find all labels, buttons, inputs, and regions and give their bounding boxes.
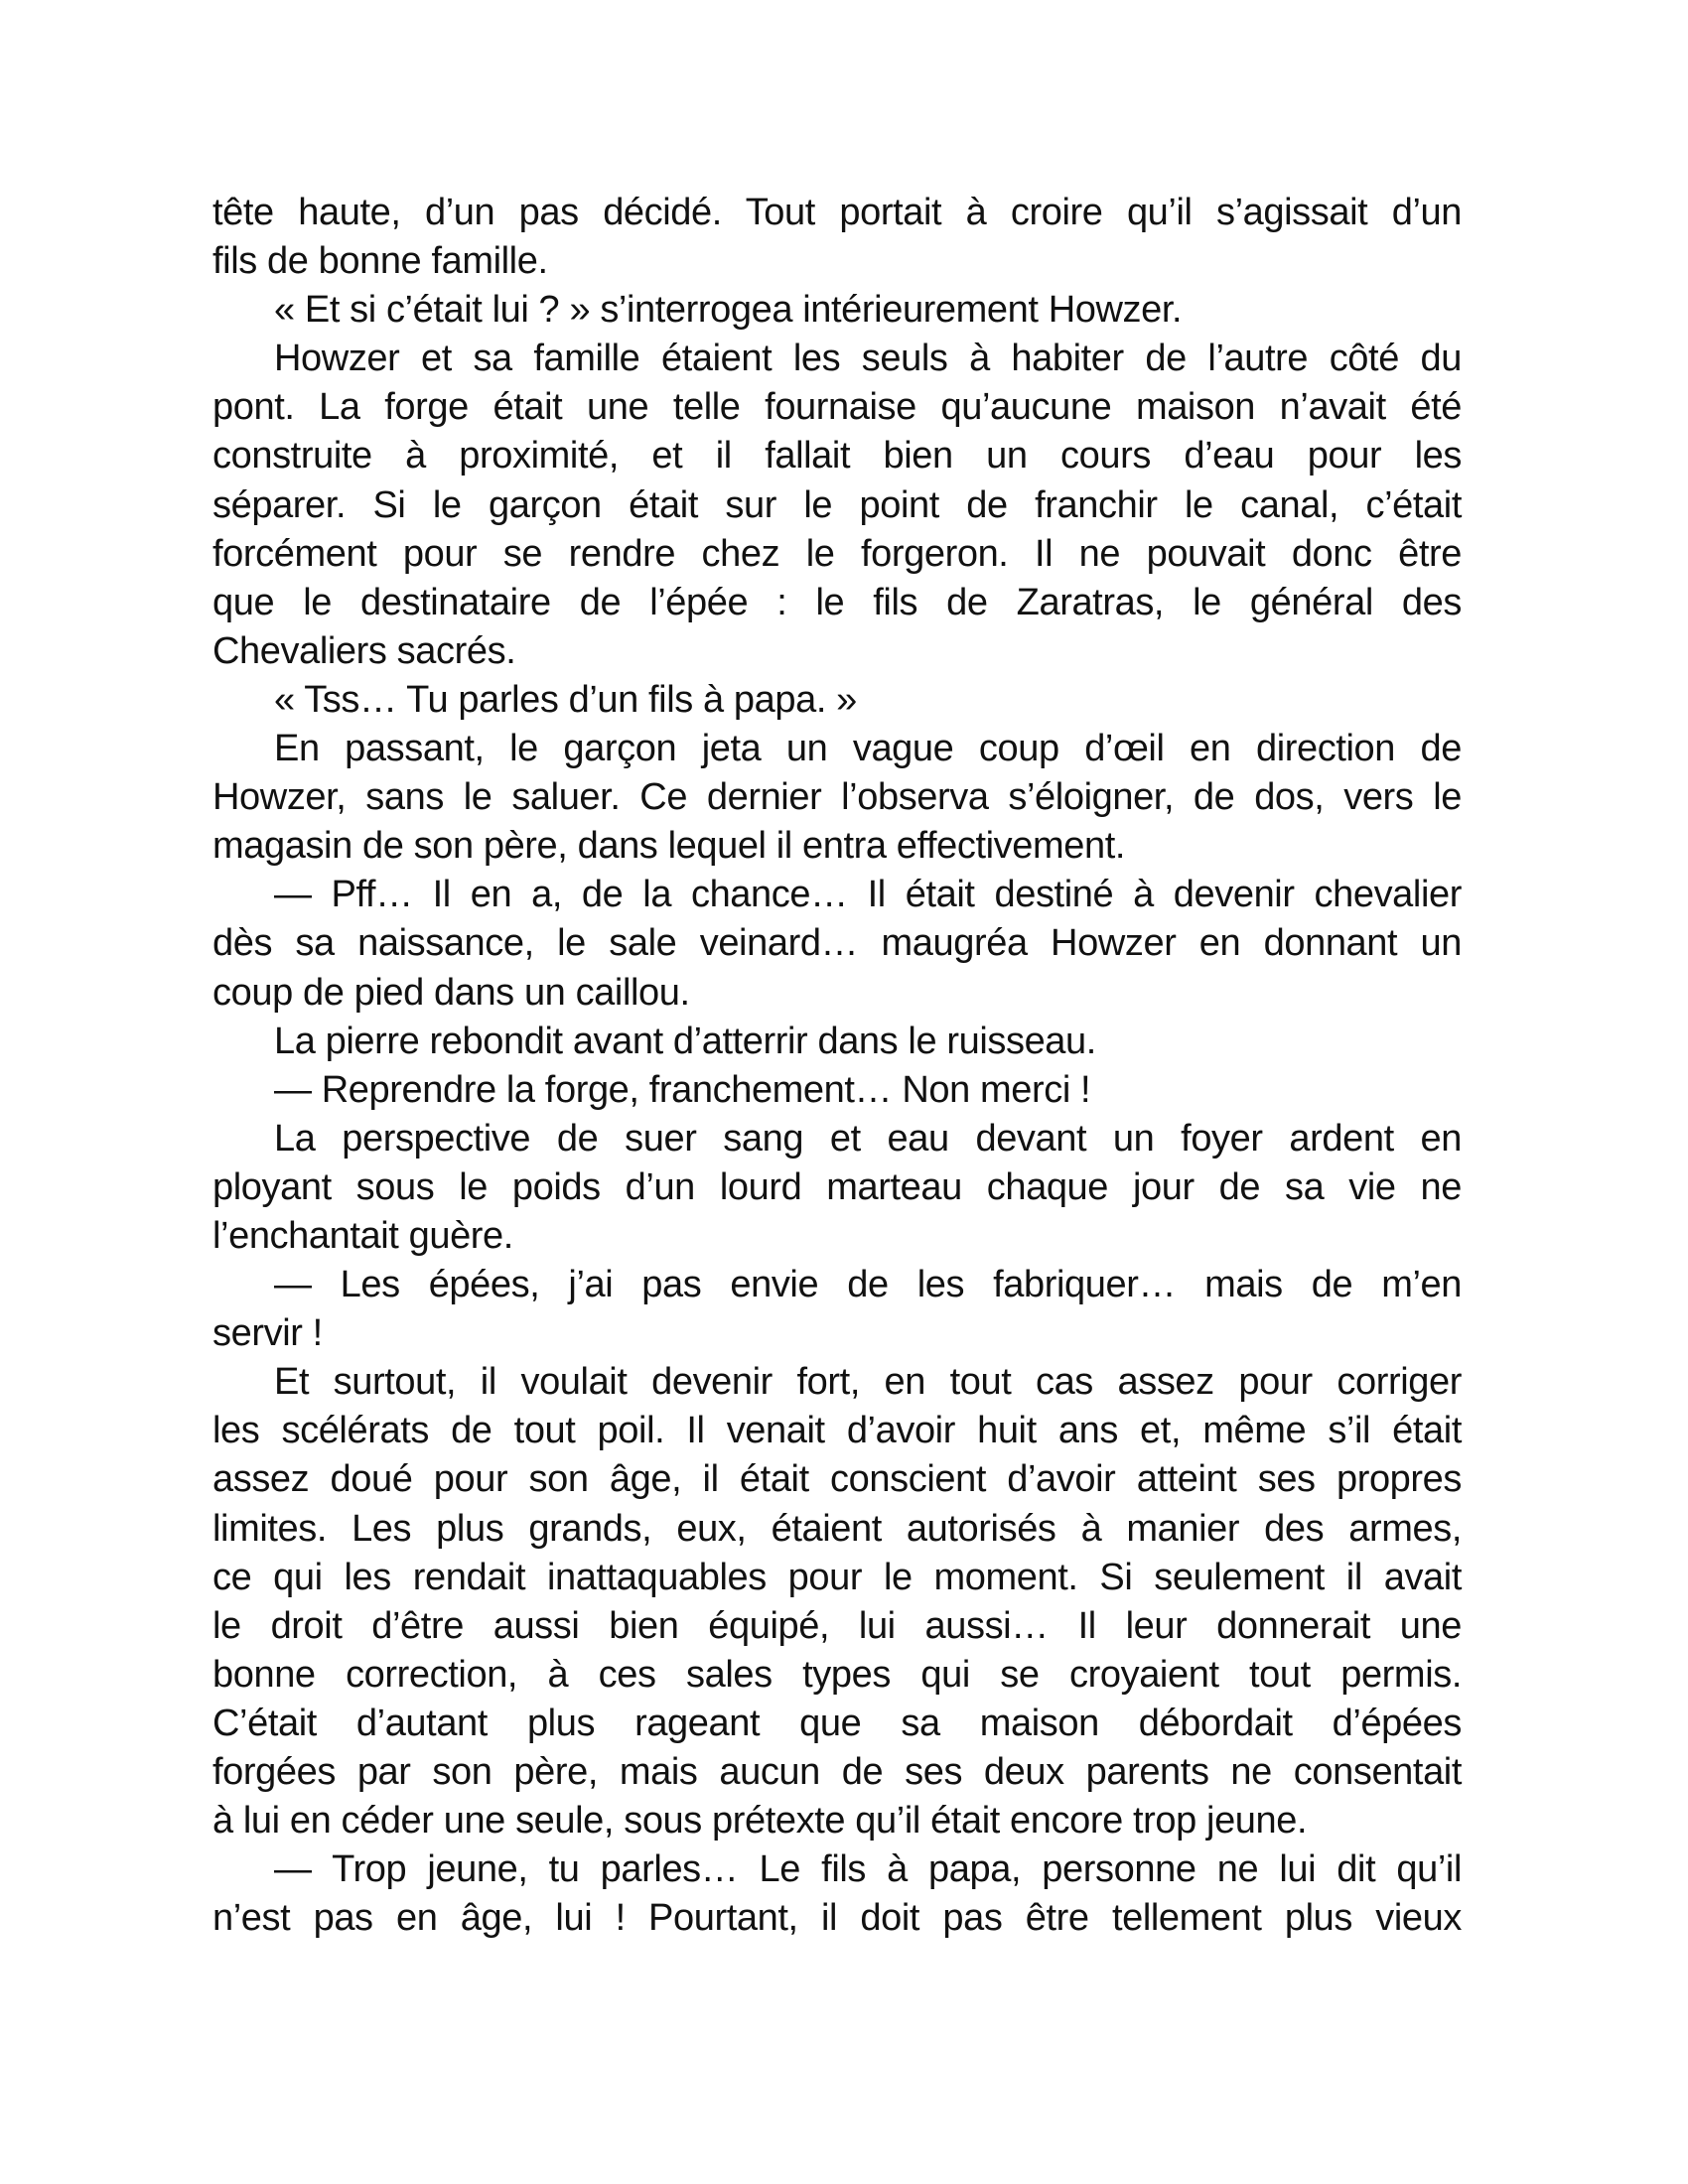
document-page: tête haute, d’un pas décidé. Tout portai…	[0, 0, 1688, 2184]
text-line: construite à proximité, et il fallait bi…	[212, 432, 1462, 480]
text-line: tête haute, d’un pas décidé. Tout portai…	[212, 189, 1462, 237]
text-line: La perspective de suer sang et eau devan…	[212, 1115, 1462, 1163]
text-line: le droit d’être aussi bien équipé, lui a…	[212, 1602, 1462, 1651]
text-line: C’était d’autant plus rageant que sa mai…	[212, 1700, 1462, 1748]
text-line: magasin de son père, dans lequel il entr…	[212, 822, 1462, 871]
text-line: ce qui les rendait inattaquables pour le…	[212, 1554, 1462, 1602]
text-line: « Tss… Tu parles d’un fils à papa. »	[212, 676, 1462, 725]
text-line: — Les épées, j’ai pas envie de les fabri…	[212, 1261, 1462, 1309]
text-line: servir !	[212, 1309, 1462, 1358]
text-line: Howzer et sa famille étaient les seuls à…	[212, 335, 1462, 383]
text-line: les scélérats de tout poil. Il venait d’…	[212, 1407, 1462, 1455]
text-line: que le destinataire de l’épée : le fils …	[212, 579, 1462, 627]
text-line: — Reprendre la forge, franchement… Non m…	[212, 1066, 1462, 1115]
text-line: forcément pour se rendre chez le forgero…	[212, 530, 1462, 579]
text-line: — Trop jeune, tu parles… Le fils à papa,…	[212, 1845, 1462, 1894]
text-line: limites. Les plus grands, eux, étaient a…	[212, 1505, 1462, 1554]
text-line: « Et si c’était lui ? » s’interrogea int…	[212, 286, 1462, 335]
text-line: dès sa naissance, le sale veinard… maugr…	[212, 919, 1462, 968]
text-line: séparer. Si le garçon était sur le point…	[212, 481, 1462, 530]
text-line: fils de bonne famille.	[212, 237, 1462, 286]
text-line: à lui en céder une seule, sous prétexte …	[212, 1797, 1462, 1845]
text-line: La pierre rebondit avant d’atterrir dans…	[212, 1018, 1462, 1066]
text-line: ployant sous le poids d’un lourd marteau…	[212, 1163, 1462, 1212]
text-line: En passant, le garçon jeta un vague coup…	[212, 725, 1462, 773]
text-line: n’est pas en âge, lui ! Pourtant, il doi…	[212, 1894, 1462, 1943]
text-line: coup de pied dans un caillou.	[212, 969, 1462, 1018]
text-line: bonne correction, à ces sales types qui …	[212, 1651, 1462, 1700]
body-text: tête haute, d’un pas décidé. Tout portai…	[212, 189, 1462, 1943]
text-line: forgées par son père, mais aucun de ses …	[212, 1748, 1462, 1797]
text-line: l’enchantait guère.	[212, 1212, 1462, 1261]
text-line: pont. La forge était une telle fournaise…	[212, 383, 1462, 432]
text-line: Et surtout, il voulait devenir fort, en …	[212, 1358, 1462, 1407]
text-line: Chevaliers sacrés.	[212, 627, 1462, 676]
text-line: assez doué pour son âge, il était consci…	[212, 1455, 1462, 1504]
text-line: Howzer, sans le saluer. Ce dernier l’obs…	[212, 773, 1462, 822]
text-line: — Pff… Il en a, de la chance… Il était d…	[212, 871, 1462, 919]
